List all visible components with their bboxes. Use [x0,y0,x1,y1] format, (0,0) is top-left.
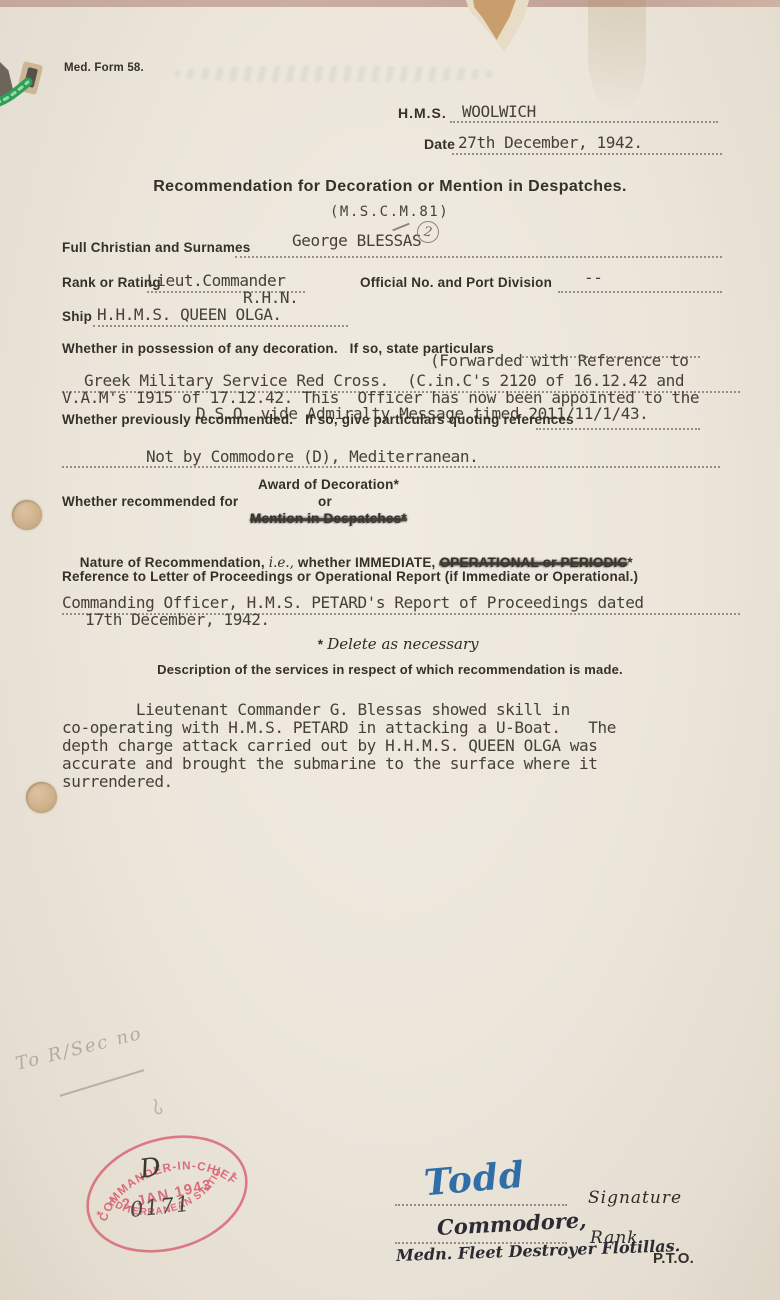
name-value: George BLESSAS [292,231,421,250]
pto-label: P.T.O. [653,1250,694,1267]
official-no-dotted-line [558,290,722,293]
delete-note-star: * [318,637,327,652]
description-line-1: Lieutenant Commander G. Blessas showed s… [62,700,570,719]
signature-handwriting: Todd [422,1154,526,1205]
stamp-handwritten-letter: D [138,1152,163,1185]
official-no-value: -- [584,268,602,287]
official-no-label: Official No. and Port Division [360,275,552,290]
description-line-2: co-operating with H.M.S. PETARD in attac… [62,718,616,737]
name-dotted-line [235,255,722,258]
delete-note-text: Delete as necessary [327,635,478,653]
name-label: Full Christian and Surnames [62,240,250,255]
nature-struck-text: OPERATIONAL or PERIODIC [439,555,627,570]
faint-smudge [175,66,495,82]
hms-ship-value: WOOLWICH [462,102,536,121]
recommended-for-label: Whether recommended for [62,494,238,509]
award-option-or: or [318,494,332,509]
ship-label: Ship [62,309,92,324]
rank-handwriting: Commodore, [436,1207,587,1240]
signature-label: Signature [588,1188,682,1208]
previously-label: Whether previously recommended. If so, g… [62,412,574,427]
award-option-mention: Mention in Despatches* [250,511,407,526]
nature-asterisk: * [627,555,632,570]
previously-dotted-line2 [62,465,720,468]
date-value: 27th December, 1942. [458,133,643,152]
punch-hole-bottom [26,782,57,813]
torn-patch [460,0,532,52]
description-line-5: surrendered. [62,772,173,791]
form-number: Med. Form 58. [64,62,144,74]
hms-dotted-line [450,120,718,123]
torn-patch-inner [468,0,520,40]
previously-dotted-line [536,427,700,430]
pencil-underline [60,1069,145,1097]
pencil-squiggle [148,1095,172,1119]
rank-label: Rank or Rating [62,275,161,290]
ship-dotted-line [93,324,348,327]
nature-mid: whether IMMEDIATE, [294,555,440,570]
description-heading: Description of the services in respect o… [0,662,780,677]
pencil-tick-mark [392,223,409,232]
scanned-form-page: Med. Form 58. H.M.S. WOOLWICH Date 27th … [0,0,780,1300]
description-line-3: depth charge attack carried out by H.H.M… [62,736,598,755]
water-stain [588,0,646,112]
description-line-4: accurate and brought the submarine to th… [62,754,598,773]
nature-prefix: Nature of Recommendation, [80,555,269,570]
date-dotted-line [452,152,722,155]
signature-dotted-line [395,1203,567,1206]
form-subtitle: (M.S.C.M.81) [330,204,449,220]
form-title: Recommendation for Decoration or Mention… [0,178,780,196]
treasury-tag-cord [0,55,70,115]
previously-value: Not by Commodore (D), Mediterranean. [146,447,478,466]
forwarded-line1: (Forwarded with Reference to [430,351,689,370]
award-option-decoration: Award of Decoration* [258,477,399,492]
scan-top-edge [0,0,780,7]
punch-hole-top [12,500,42,530]
pencil-routing-note: To R/Sec no [13,1023,144,1075]
reference-label: Reference to Letter of Proceedings or Op… [62,569,638,584]
reference-value-line2: 17th December, 1942. [85,610,270,629]
date-label: Date [424,136,455,152]
hms-label: H.M.S. [398,105,447,121]
ship-value: H.H.M.S. QUEEN OLGA. [97,305,282,324]
